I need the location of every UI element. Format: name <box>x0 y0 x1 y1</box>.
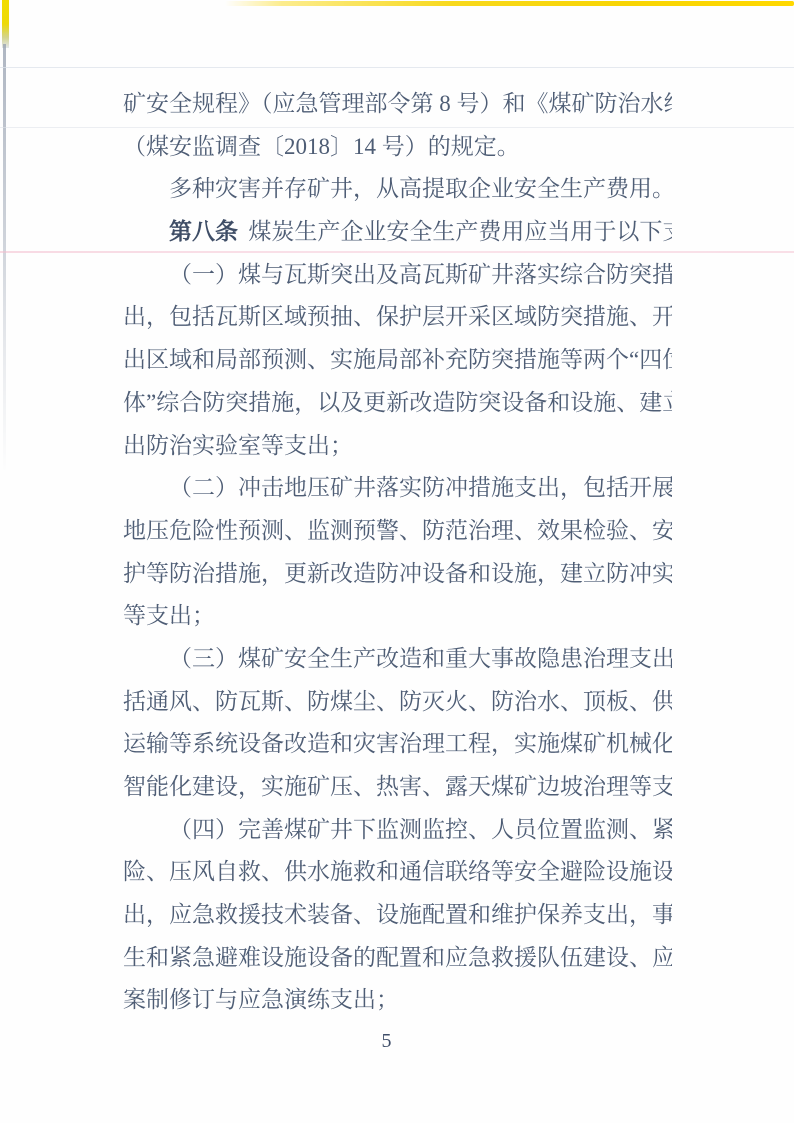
scan-edge-left-yellow <box>2 0 9 48</box>
text-line: 地压危险性预测、监测预警、防范治理、效果检验、安全防 <box>123 510 672 553</box>
document-text: 矿安全规程》（应急管理部令第 8 号）和《煤矿防治水细则》（煤安监调查〔2018… <box>123 83 672 1022</box>
paragraph: 矿安全规程》（应急管理部令第 8 号）和《煤矿防治水细则》（煤安监调查〔2018… <box>123 83 672 168</box>
text-line: 运输等系统设备改造和灾害治理工程，实施煤矿机械化改造、 <box>123 723 672 766</box>
text-line: 等支出； <box>123 595 672 638</box>
page: 矿安全规程》（应急管理部令第 8 号）和《煤矿防治水细则》（煤安监调查〔2018… <box>0 0 794 1123</box>
scan-edge-left-line <box>3 44 6 474</box>
article-number-bold: 第八条 <box>169 219 238 244</box>
text-line: （一）煤与瓦斯突出及高瓦斯矿井落实综合防突措施支 <box>123 254 672 297</box>
text-line: 出防治实验室等支出； <box>123 425 672 468</box>
text-line: 矿安全规程》（应急管理部令第 8 号）和《煤矿防治水细则》 <box>123 83 672 126</box>
text-line: 案制修订与应急演练支出； <box>123 979 672 1022</box>
paragraph: （三）煤矿安全生产改造和重大事故隐患治理支出，包括通风、防瓦斯、防煤尘、防灭火、… <box>123 638 672 809</box>
text-line: （二）冲击地压矿井落实防冲措施支出，包括开展冲击 <box>123 467 672 510</box>
scan-artifact-line <box>0 67 794 68</box>
text-line: 生和紧急避难设施设备的配置和应急救援队伍建设、应急预 <box>123 937 672 980</box>
text-line: （三）煤矿安全生产改造和重大事故隐患治理支出，包 <box>123 638 672 681</box>
paragraph: 第八条煤炭生产企业安全生产费用应当用于以下支出： <box>123 211 672 254</box>
scan-edge-top-yellow <box>225 1 794 6</box>
text-line: 险、压风自救、供水施救和通信联络等安全避险设施设备支 <box>123 851 672 894</box>
text-line: 第八条煤炭生产企业安全生产费用应当用于以下支出： <box>123 211 672 254</box>
text-line: 多种灾害并存矿井，从高提取企业安全生产费用。 <box>123 168 672 211</box>
text-line: 护等防治措施，更新改造防冲设备和设施，建立防冲实验室 <box>123 553 672 596</box>
paragraph: （一）煤与瓦斯突出及高瓦斯矿井落实综合防突措施支出，包括瓦斯区域预抽、保护层开采… <box>123 254 672 467</box>
text-line: 体”综合防突措施，以及更新改造防突设备和设施、建立突 <box>123 382 672 425</box>
page-number: 5 <box>123 1027 650 1055</box>
text-line: （煤安监调查〔2018〕14 号）的规定。 <box>123 126 672 169</box>
text-line: 括通风、防瓦斯、防煤尘、防灭火、防治水、顶板、供电、 <box>123 681 672 724</box>
paragraph: （二）冲击地压矿井落实防冲措施支出，包括开展冲击地压危险性预测、监测预警、防范治… <box>123 467 672 638</box>
text-line: （四）完善煤矿井下监测监控、人员位置监测、紧急避 <box>123 809 672 852</box>
paragraph: （四）完善煤矿井下监测监控、人员位置监测、紧急避险、压风自救、供水施救和通信联络… <box>123 809 672 1022</box>
text-line: 出，包括瓦斯区域预抽、保护层开采区域防突措施、开展突 <box>123 296 672 339</box>
text-line: 出区域和局部预测、实施局部补充防突措施等两个“四位一 <box>123 339 672 382</box>
text-line: 出，应急救援技术装备、设施配置和维护保养支出，事故逃 <box>123 894 672 937</box>
paragraph: 多种灾害并存矿井，从高提取企业安全生产费用。 <box>123 168 672 211</box>
text-line: 智能化建设，实施矿压、热害、露天煤矿边坡治理等支出； <box>123 766 672 809</box>
